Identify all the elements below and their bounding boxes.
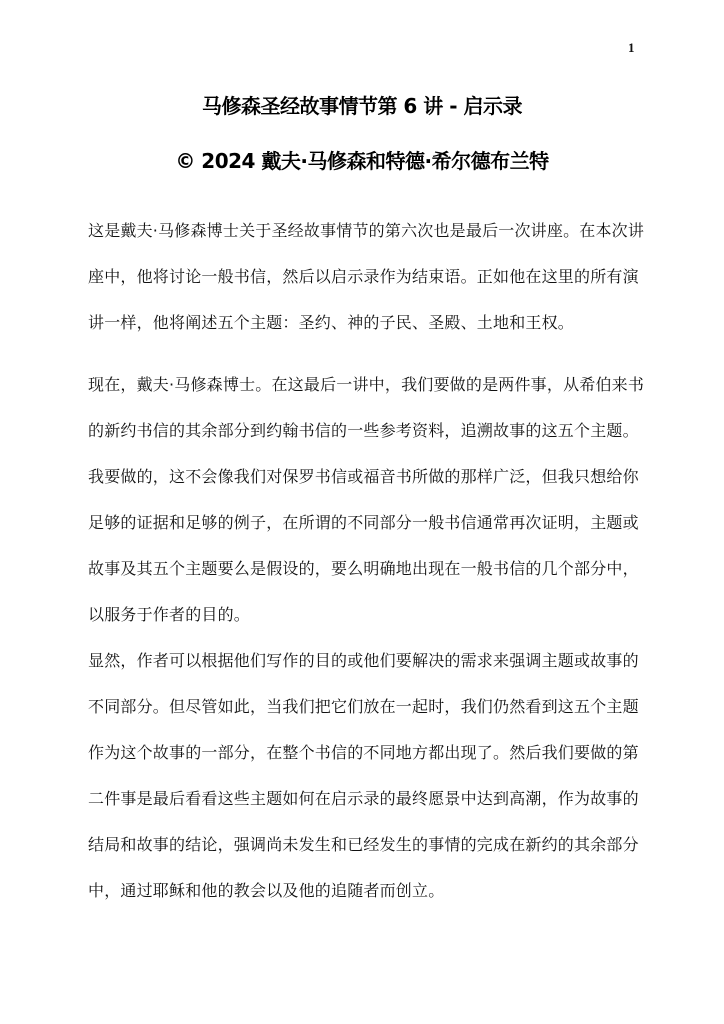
paragraph-line: 中，通过耶稣和他的教会以及他的追随者而创立。 [88,868,668,914]
paragraph-2: 现在，戴夫·马修森博士。在这最后一讲中，我们要做的是两件事，从希伯来书 的新约书… [88,362,668,638]
paragraph-line: 作为这个故事的一部分，在整个书信的不同地方都出现了。然后我们要做的第 [88,730,668,776]
paragraph-line: 这是戴夫·马修森博士关于圣经故事情节的第六次也是最后一次讲座。在本次讲 [88,208,668,254]
document-title: 马修森圣经故事情节第 6 讲 - 启示录 [0,90,724,119]
paragraph-line: 故事及其五个主题要么是假设的，要么明确地出现在一般书信的几个部分中， [88,546,668,592]
paragraph-line: 现在，戴夫·马修森博士。在这最后一讲中，我们要做的是两件事，从希伯来书 [88,362,668,408]
paragraph-line: 座中，他将讨论一般书信，然后以启示录作为结束语。正如他在这里的所有演 [88,254,668,300]
paragraph-line: 我要做的，这不会像我们对保罗书信或福音书所做的那样广泛，但我只想给你 [88,454,668,500]
paragraph-line: 显然，作者可以根据他们写作的目的或他们要解决的需求来强调主题或故事的 [88,638,668,684]
paragraph-line: 以服务于作者的目的。 [88,592,668,638]
paragraph-line: 讲一样，他将阐述五个主题：圣约、神的子民、圣殿、土地和王权。 [88,300,668,346]
page-number: 1 [628,40,635,56]
paragraph-line: 不同部分。但尽管如此，当我们把它们放在一起时，我们仍然看到这五个主题 [88,684,668,730]
paragraph-1: 这是戴夫·马修森博士关于圣经故事情节的第六次也是最后一次讲座。在本次讲 座中，他… [88,208,668,346]
paragraph-line: 足够的证据和足够的例子，在所谓的不同部分一般书信通常再次证明，主题或 [88,500,668,546]
paragraph-line: 的新约书信的其余部分到约翰书信的一些参考资料，追溯故事的这五个主题。 [88,408,668,454]
paragraph-line: 结局和故事的结论，强调尚未发生和已经发生的事情的完成在新约的其余部分 [88,822,668,868]
paragraph-line: 二件事是最后看看这些主题如何在启示录的最终愿景中达到高潮，作为故事的 [88,776,668,822]
paragraph-3: 显然，作者可以根据他们写作的目的或他们要解决的需求来强调主题或故事的 不同部分。… [88,638,668,914]
copyright-line: © 2024 戴夫·马修森和特德·希尔德布兰特 [0,145,724,174]
